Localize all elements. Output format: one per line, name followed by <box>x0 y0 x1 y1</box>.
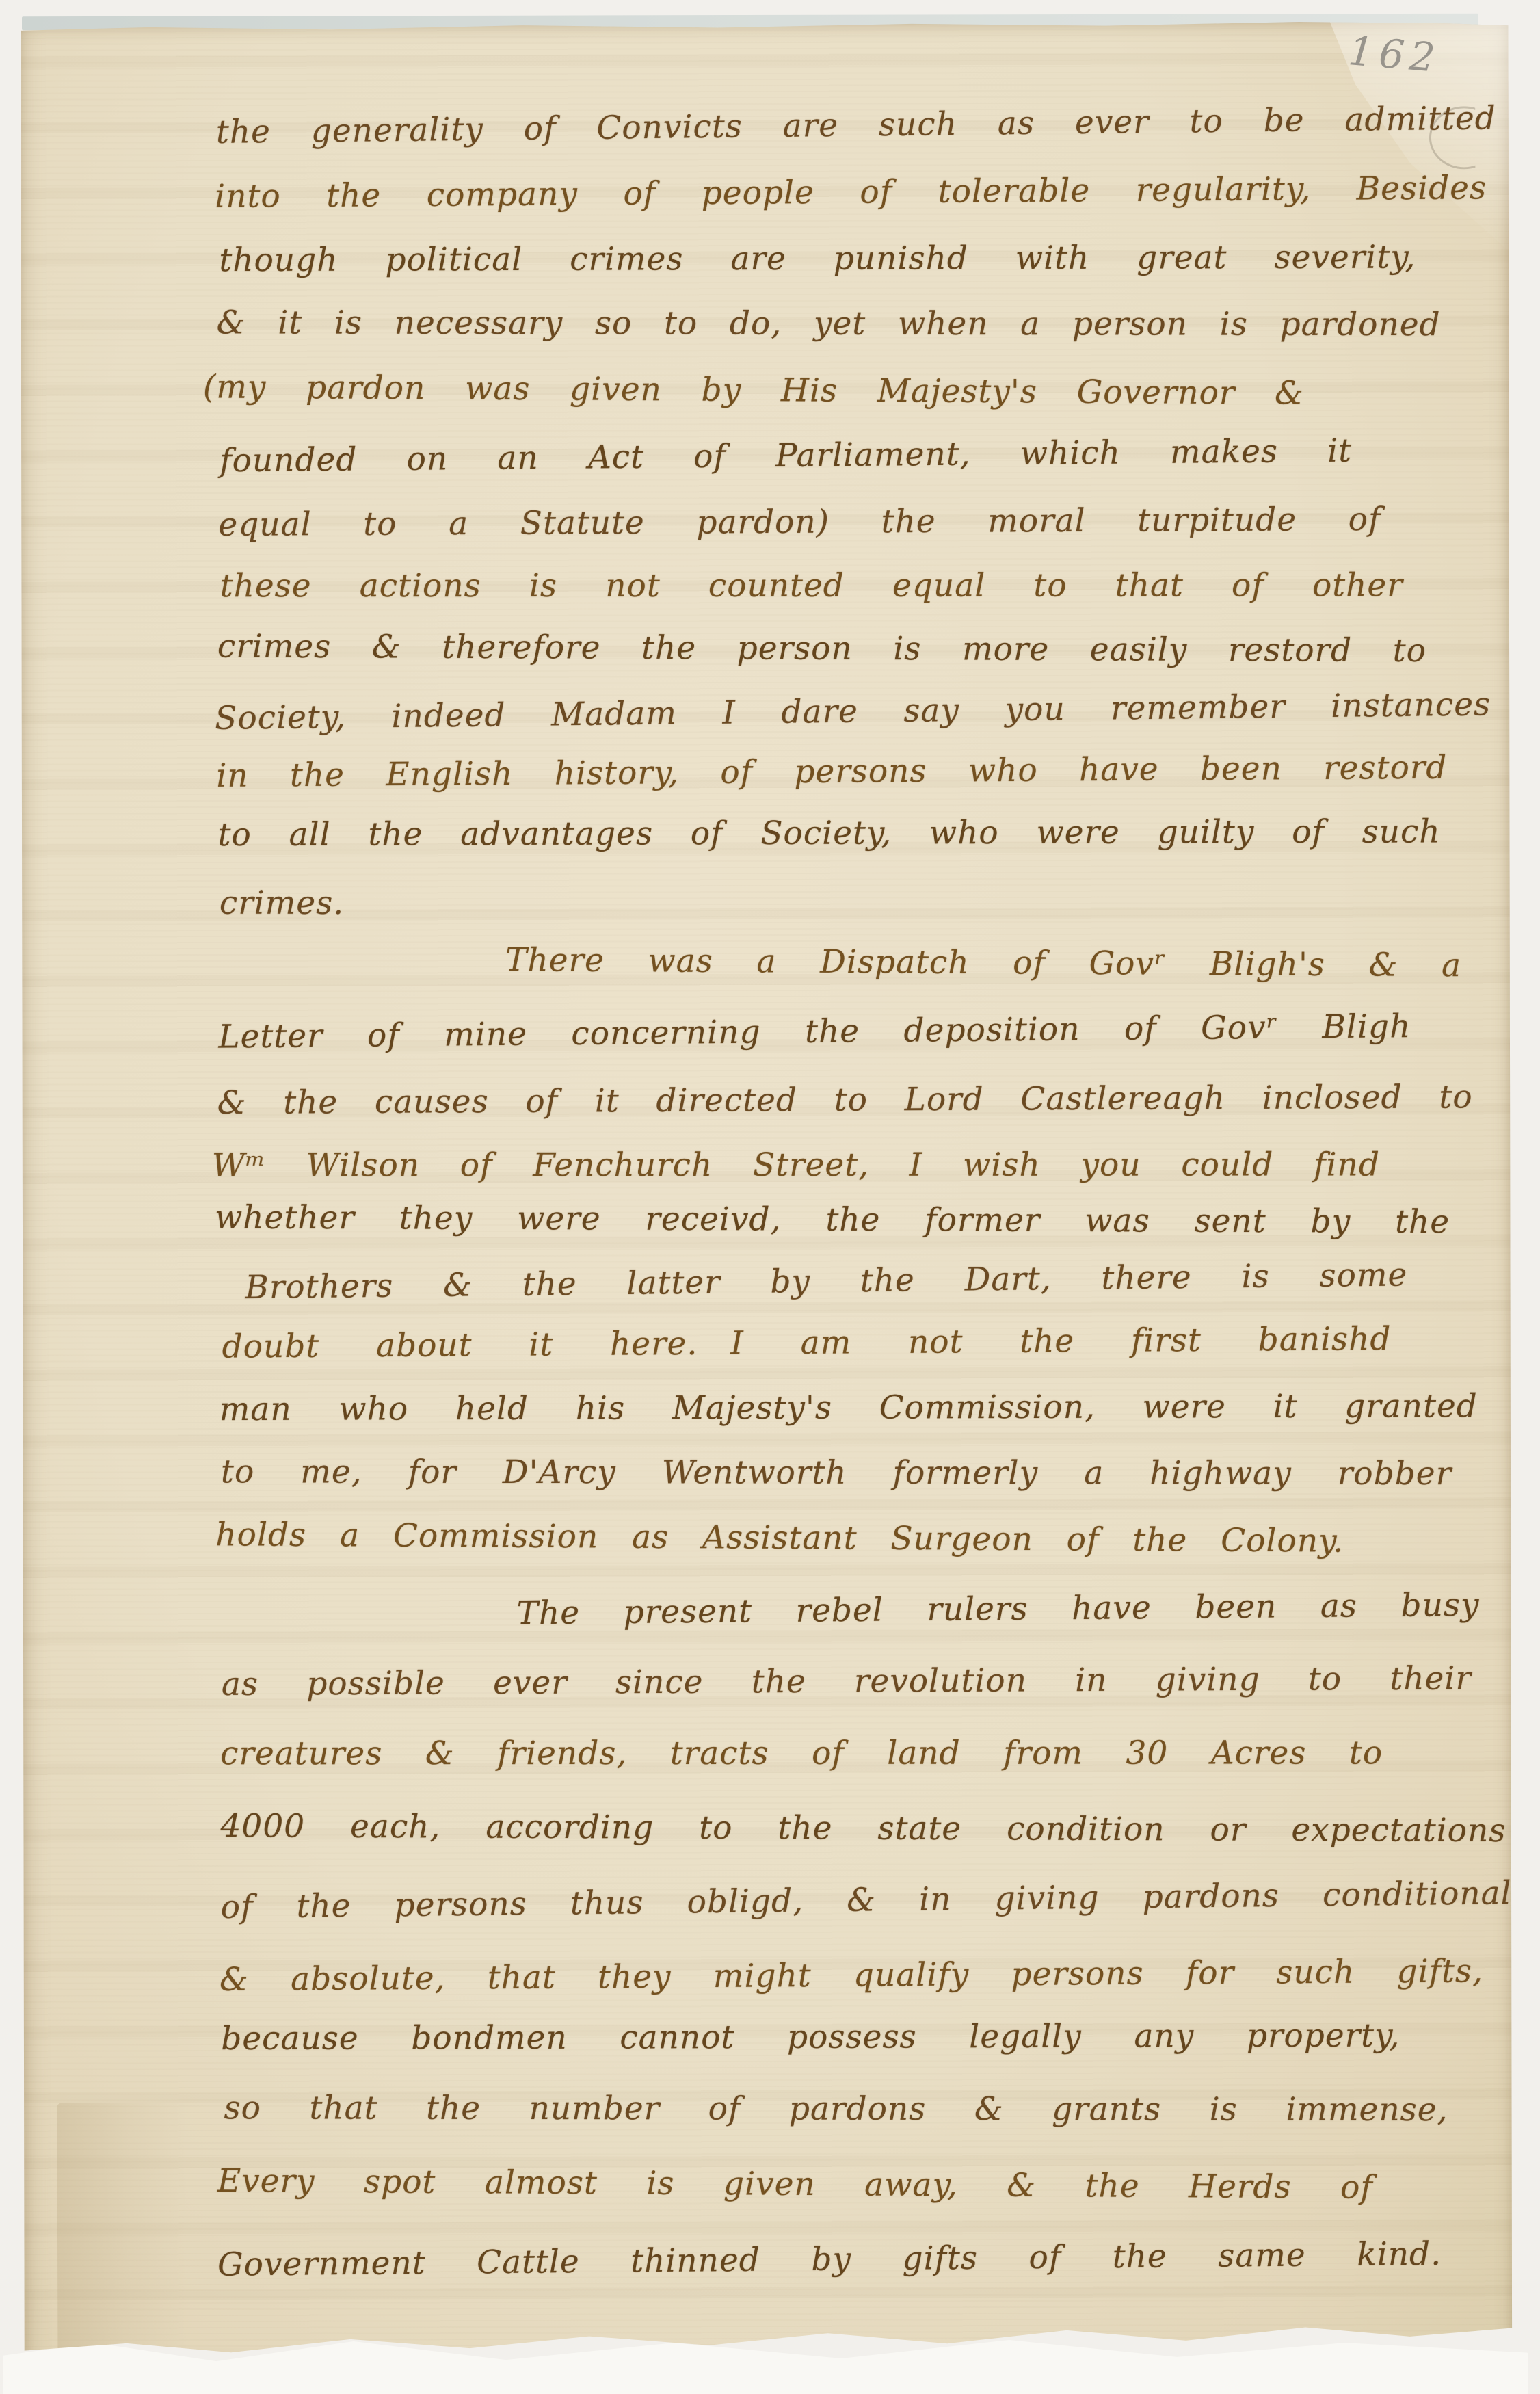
manuscript-line: to all the advantages of Society, who we… <box>218 813 1441 854</box>
manuscript-line: crimes. <box>220 885 344 922</box>
manuscript-line: in the English history, of persons who h… <box>216 750 1447 795</box>
manuscript-line: & it is necessary so to do, yet when a p… <box>217 304 1441 343</box>
manuscript-line: Every spot almost is given away, & the H… <box>217 2163 1373 2207</box>
manuscript-line: doubt about it here. I am not the first … <box>222 1321 1391 1366</box>
manuscript-line: the generality of Convicts are such as e… <box>216 100 1496 151</box>
manuscript-line: (my pardon was given by His Majesty's Go… <box>203 369 1304 412</box>
manuscript-line: Letter of mine concerning the deposition… <box>218 1008 1411 1056</box>
manuscript-line: whether they were receivd, the former wa… <box>215 1199 1450 1241</box>
manuscript-line: man who held his Majesty's Commission, w… <box>220 1388 1478 1428</box>
manuscript-line: There was a Dispatch of Govʳ Bligh's & a <box>505 942 1461 984</box>
manuscript-line: founded on an Act of Parliament, which m… <box>220 433 1352 480</box>
manuscript-line: as possible ever since the revolution in… <box>222 1660 1472 1703</box>
manuscript-page: 162 the generality of Convicts are such … <box>16 18 1515 2366</box>
manuscript-line: because bondmen cannot possess legally a… <box>221 2018 1400 2058</box>
manuscript-line: The present rebel rulers have been as bu… <box>516 1587 1479 1633</box>
manuscript-line: Brothers & the latter by the Dart, there… <box>245 1257 1407 1306</box>
manuscript-line: & the causes of it directed to Lord Cast… <box>217 1079 1473 1122</box>
manuscript-line: creatures & friends, tracts of land from… <box>220 1735 1383 1772</box>
manuscript-line: Society, indeed Madam I dare say you rem… <box>215 686 1491 737</box>
manuscript-line: to me, for D'Arcy Wentworth formerly a h… <box>221 1453 1452 1492</box>
manuscript-line: of the persons thus obligd, & in giving … <box>220 1875 1511 1926</box>
manuscript-line: Government Cattle thinned by gifts of th… <box>217 2236 1442 2284</box>
manuscript-line: 4000 each, according to the state condit… <box>220 1808 1506 1850</box>
manuscript-line: these actions is not counted equal to th… <box>220 567 1403 605</box>
manuscript-line: into the company of people of tolerable … <box>215 170 1487 215</box>
manuscript-line: so that the number of pardons & grants i… <box>224 2090 1448 2129</box>
manuscript-line: equal to a Statute pardon) the moral tur… <box>218 501 1381 544</box>
scan-background: 162 the generality of Convicts are such … <box>0 0 1540 2394</box>
manuscript-line: holds a Commission as Assistant Surgeon … <box>215 1516 1344 1560</box>
manuscript-line: though political crimes are punishd with… <box>219 239 1416 280</box>
manuscript-line: Wᵐ Wilson of Fenchurch Street, I wish yo… <box>212 1146 1380 1184</box>
manuscript-line: & absolute, that they might qualify pers… <box>220 1953 1483 1999</box>
text-layer: the generality of Convicts are such as e… <box>16 18 1515 2366</box>
manuscript-line: crimes & therefore the person is more ea… <box>217 629 1426 670</box>
